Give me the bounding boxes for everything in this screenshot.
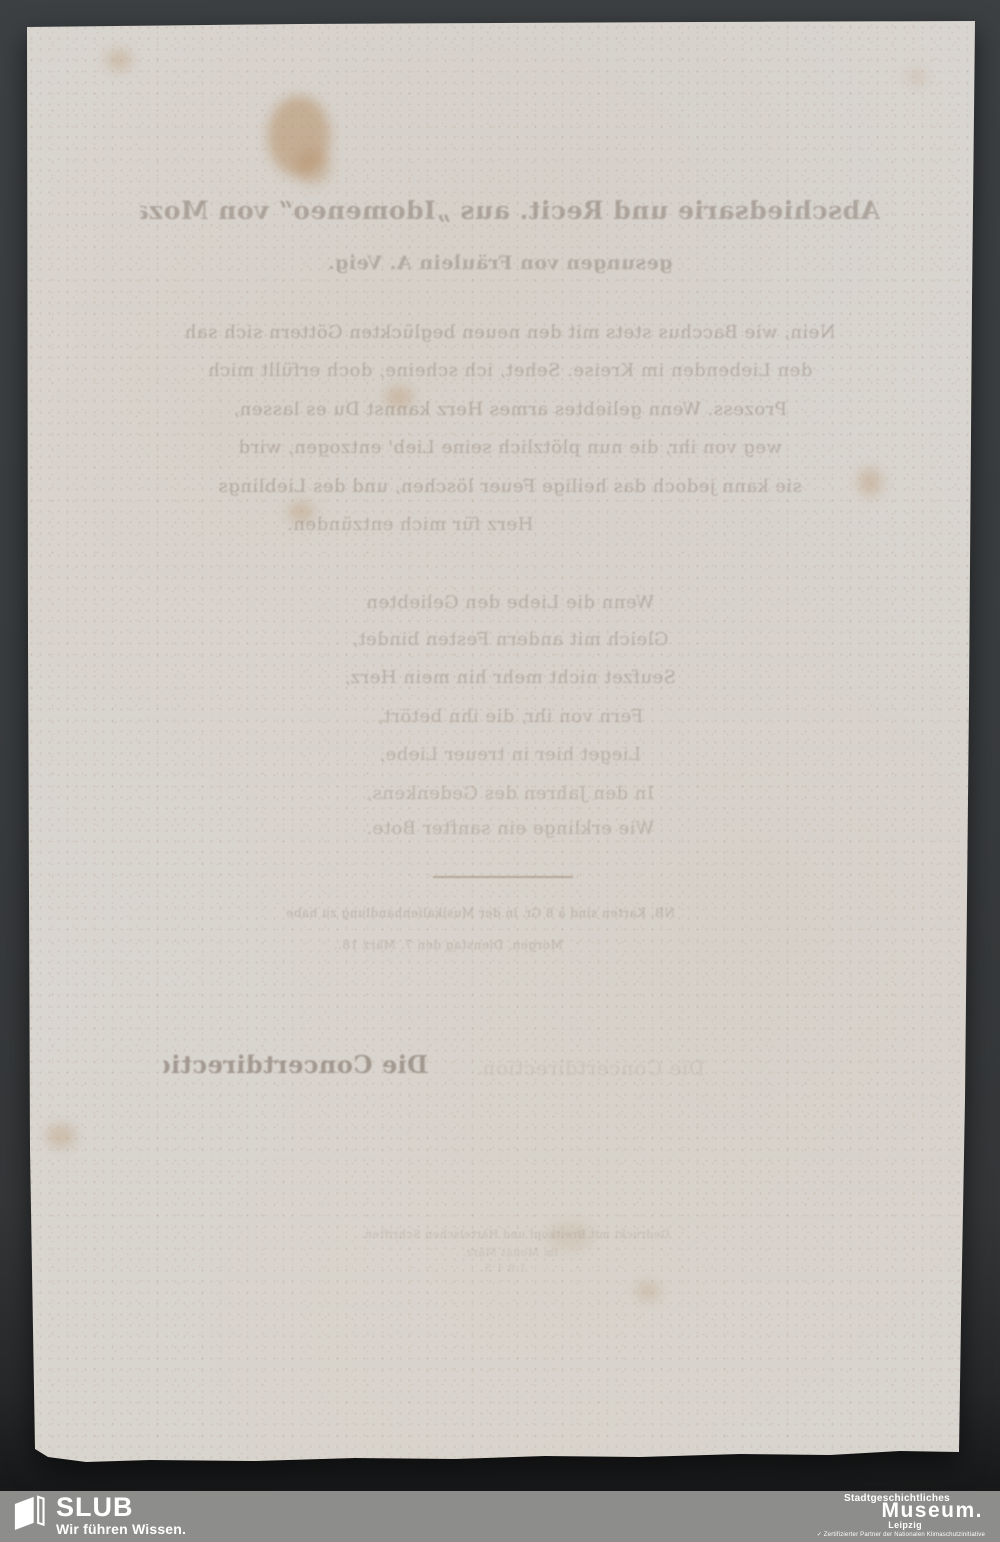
bleed-text-line: sie kann jedoch das heilige Feuer lösche… bbox=[130, 476, 890, 497]
scan-viewer-stage: Abschiedsarie und Recit. aus „Idomeneo“ … bbox=[0, 0, 1000, 1542]
bleed-text-line: Lieget hier in treuer Liebe, bbox=[300, 744, 720, 765]
bleed-text-line: Die Concertdirection. bbox=[470, 1056, 710, 1080]
fox-stain bbox=[46, 1124, 76, 1148]
bleed-text-line: Abschiedsarie und Recit. aus „Idomeneo“ … bbox=[140, 196, 880, 225]
slub-open-book-icon bbox=[14, 1494, 48, 1537]
fox-stain bbox=[106, 50, 132, 70]
bleed-text-line: Fern von ihr, die ihn betört, bbox=[300, 706, 720, 727]
fox-stain bbox=[296, 150, 330, 184]
bleed-text-line: Herz für mich entzünden. bbox=[130, 514, 690, 535]
scanned-paper: Abschiedsarie und Recit. aus „Idomeneo“ … bbox=[0, 0, 1000, 1542]
bleed-text-line: Morgen, Dienstag den 7. März 18.. bbox=[298, 938, 598, 952]
bleed-text-line: Gedruckt mit Breitkopf und Härtelschen S… bbox=[330, 1228, 700, 1241]
fox-stain bbox=[908, 70, 926, 84]
bleed-text-line: den Liebenden im Kreise. Sehet, ich sche… bbox=[130, 360, 890, 381]
paper-wrapper: Abschiedsarie und Recit. aus „Idomeneo“ … bbox=[0, 0, 1000, 1542]
bleed-text-line: weg von ihr, die nun plötzlich seine Lie… bbox=[130, 437, 890, 458]
slub-logo: SLUB Wir führen Wissen. bbox=[0, 1491, 400, 1542]
museum-certification-line: ✓ Zertifizierter Partner der Nationalen … bbox=[817, 1531, 985, 1538]
bleed-text-line: NB. Karten sind à 8 Gr. in der Musikalie… bbox=[285, 906, 675, 920]
bleed-text-line: Wenn die Liebe den Geliebten bbox=[300, 592, 720, 613]
museum-logo-line3: Leipzig bbox=[888, 1520, 922, 1530]
bleed-text-line: In den Jahren des Gedenkens, bbox=[300, 783, 720, 804]
bleed-text-line: 1 8 1 5 bbox=[430, 1262, 580, 1275]
branding-footer-bar: SLUB Wir führen Wissen. Stadtgeschichtli… bbox=[0, 1491, 1000, 1542]
bleed-text-line: Die Concertdirection. bbox=[163, 1050, 428, 1079]
bleed-text-line: gesungen von Fräulein A. Veig. bbox=[250, 252, 750, 274]
bleed-text-line: Wie erklinge ein sanfter Bote. bbox=[300, 818, 720, 839]
museum-logo: Stadtgeschichtliches Museum. Leipzig ✓ Z… bbox=[740, 1491, 1000, 1542]
bleed-text-line: Gleich mit andern Festen bindet, bbox=[300, 629, 720, 650]
bleed-text-line: Prozess. Wenn geliebtes armes Herz kanns… bbox=[130, 399, 890, 420]
bleed-text-line: Nein, wie Bacchus stets mit den neuen be… bbox=[130, 322, 890, 343]
slub-logo-tagline: Wir führen Wissen. bbox=[56, 1521, 186, 1537]
separator-rule bbox=[433, 876, 573, 878]
slub-logo-name: SLUB bbox=[56, 1492, 134, 1523]
fox-stain bbox=[636, 1282, 660, 1300]
bleed-text-line: Seufzet nicht mehr hin mein Herz, bbox=[300, 667, 720, 688]
bleed-text-line: im Monat März. bbox=[400, 1246, 620, 1259]
